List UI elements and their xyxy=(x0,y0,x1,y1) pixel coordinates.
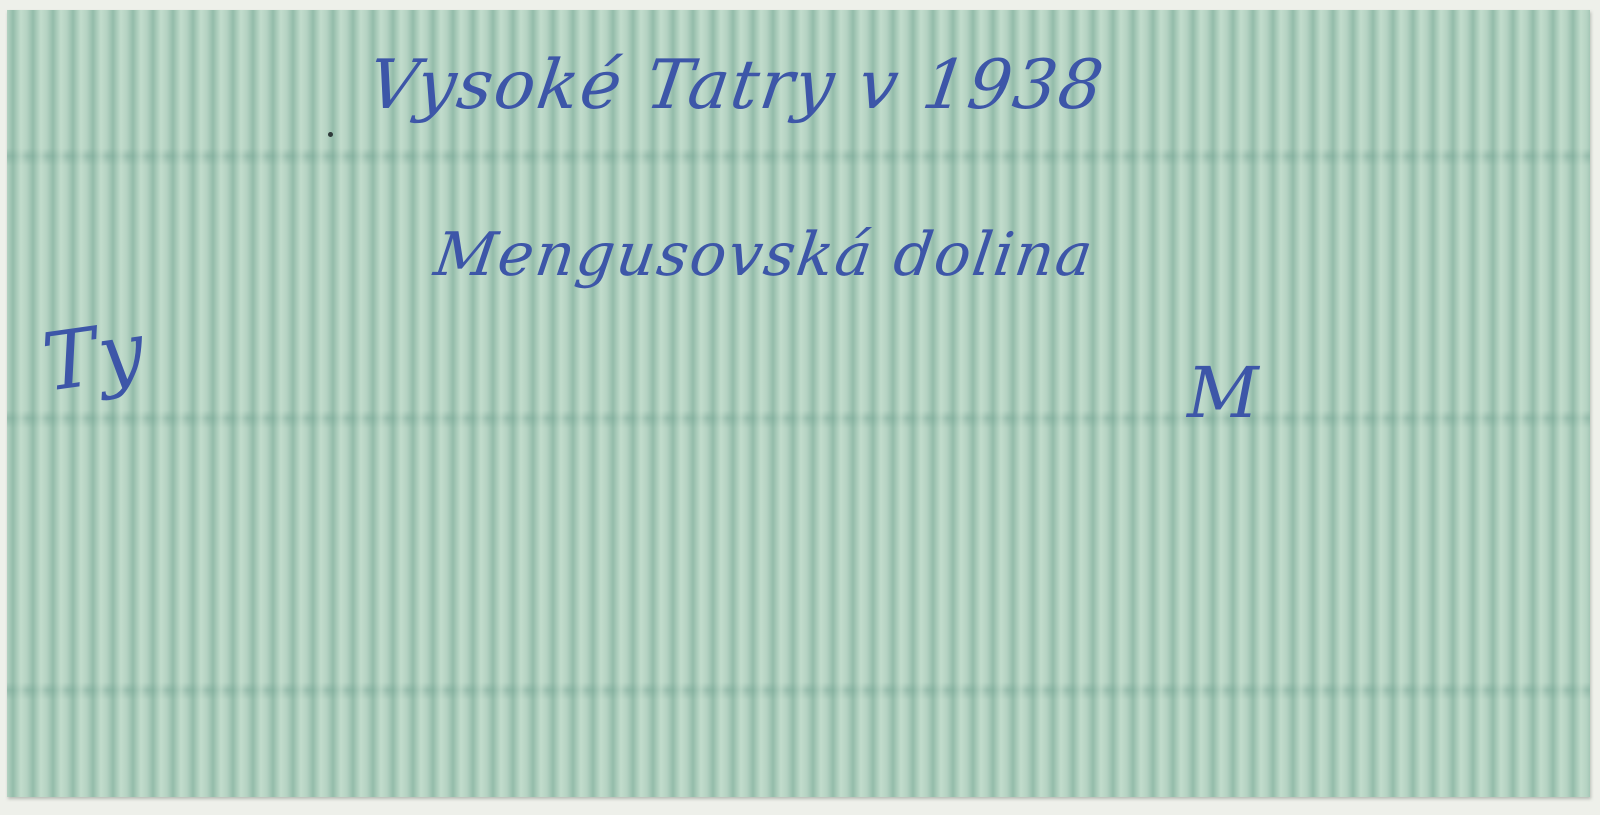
ink-dot-mark xyxy=(328,132,333,137)
handwritten-initial-right: M xyxy=(1187,352,1261,434)
photo-card-back: Vysoké Tatry v 1938 Mengusovská dolina T… xyxy=(7,10,1590,797)
handwritten-location: Mengusovská dolina xyxy=(430,220,1099,290)
handwritten-title: Vysoké Tatry v 1938 xyxy=(363,46,1109,125)
handwritten-initial-left: Ty xyxy=(37,303,152,409)
